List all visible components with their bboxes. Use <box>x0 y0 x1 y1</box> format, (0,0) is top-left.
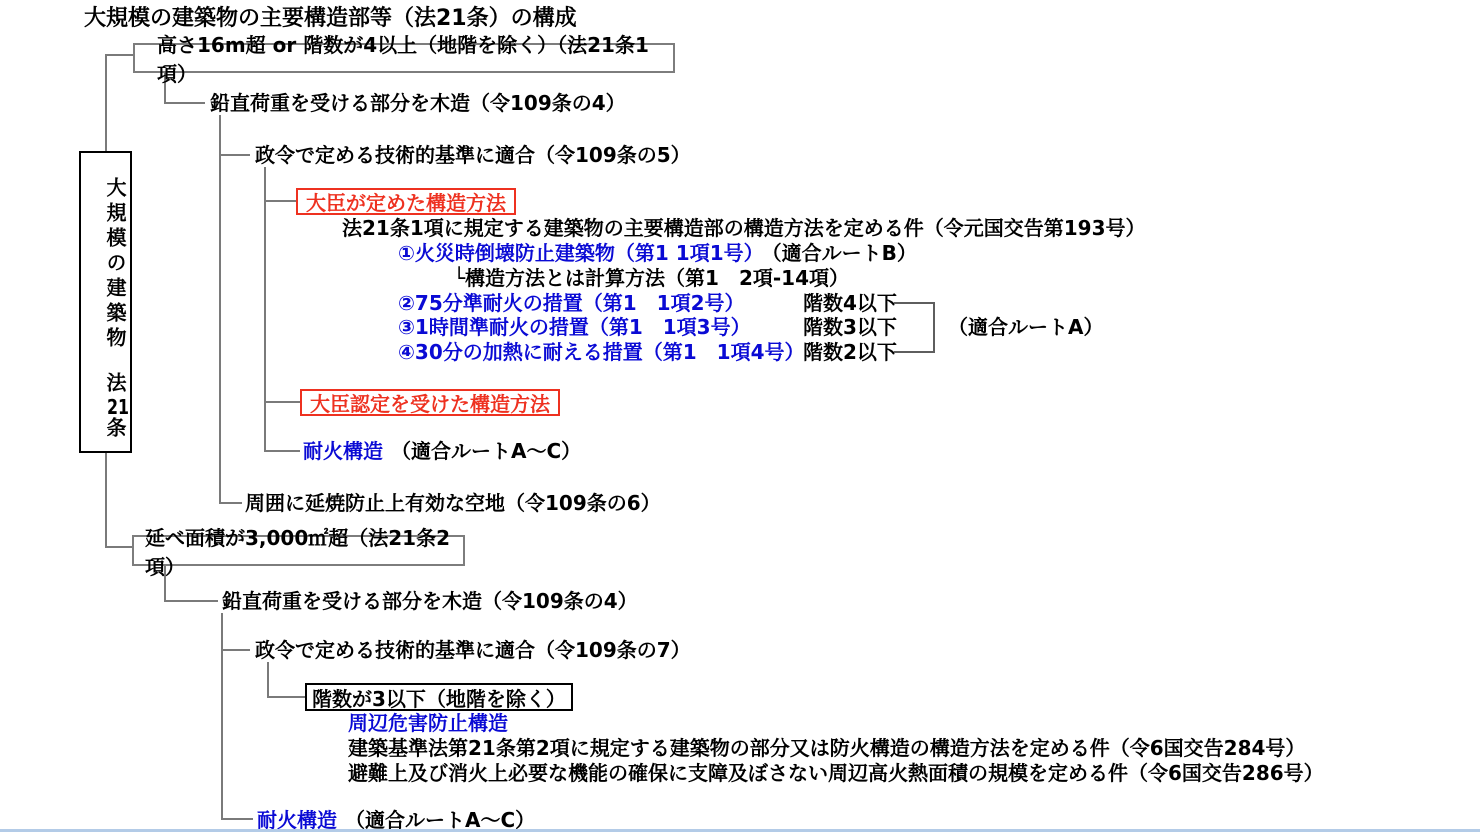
node-b1-tech: 政令で定める技術的基準に適合（令109条の5） <box>255 143 691 167</box>
tree-line-b2-h-fireproof <box>221 818 253 820</box>
node-item4-floors: 階数2以下 <box>803 340 897 364</box>
node-item3: ③1時間準耐火の措置（第1 1項3号） <box>398 315 751 339</box>
node-b1-open-space: 周囲に延焼防止上有効な空地（令109条の6） <box>245 491 661 515</box>
tree-line-b1-h-redbox2 <box>264 401 300 403</box>
root-node-law-post: 条 <box>81 417 130 442</box>
node-minister-defined-box: 大臣が定めた構造方法 <box>296 188 516 215</box>
tree-line-b2-h-floorsbox <box>267 696 305 698</box>
root-node-label: 大規模の建築物 <box>81 177 130 352</box>
tree-line-b2-h1 <box>164 600 218 602</box>
tree-line-spine-upper <box>105 55 107 151</box>
node-minister-defined-label: 大臣が定めた構造方法 <box>306 187 506 216</box>
node-item3-floors: 階数3以下 <box>803 315 897 339</box>
node-floors3-box: 階数が3以下（地階を除く） <box>305 683 573 711</box>
node-item2: ②75分準耐火の措置（第1 1項2号） <box>398 291 745 315</box>
route-a-bracket <box>894 302 935 353</box>
condition-box-height-label: 高さ16m超 or 階数が4以上（地階を除く）（法21条1項） <box>157 29 673 87</box>
tree-line-b1-h-openspace <box>219 502 242 504</box>
node-b2-tech: 政令で定める技術的基準に適合（令109条の7） <box>255 638 691 662</box>
node-b2-notification1: 建築基準法第21条第2項に規定する建築物の部分又は防火構造の構造方法を定める件（… <box>348 736 1305 760</box>
condition-box-height: 高さ16m超 or 階数が4以上（地階を除く）（法21条1項） <box>133 43 675 73</box>
tree-line-spine-lower <box>105 453 107 547</box>
node-b2-wood: 鉛直荷重を受ける部分を木造（令109条の4） <box>222 589 638 613</box>
root-node-law-num: 21 <box>81 397 130 417</box>
tree-line-b1-v3 <box>264 167 266 452</box>
tree-line-spine-to-box2 <box>105 546 132 548</box>
node-b1-fireproof: 耐火構造（適合ルートA〜C） <box>303 439 581 463</box>
tree-line-b1-h1 <box>164 102 205 104</box>
node-minister-cert-label: 大臣認定を受けた構造方法 <box>310 388 550 417</box>
tree-line-b1-h-redbox1 <box>264 200 296 202</box>
tree-line-b1-h-fireproof <box>264 450 300 452</box>
node-b2-notification2: 避難上及び消火上必要な機能の確保に支障及ぼさない周辺高火熱面積の規模を定める件（… <box>348 761 1324 785</box>
tree-line-b2-h2 <box>221 649 250 651</box>
tree-line-b2-v2 <box>221 613 223 820</box>
node-b1-fireproof-main: 耐火構造 <box>303 439 383 463</box>
tree-line-b2-v3 <box>267 662 269 698</box>
condition-box-area-label: 延べ面積が3,000㎡超（法21条2項） <box>145 522 463 580</box>
node-item1-route: （適合ルートB） <box>772 241 917 265</box>
node-minister-cert-box: 大臣認定を受けた構造方法 <box>300 389 560 416</box>
node-item1-main: ①火災時倒壊防止建築物（第1 1項1号） <box>398 241 764 265</box>
root-node-box: 大規模の建築物法21条 <box>79 151 132 453</box>
node-floors3-label: 階数が3以下（地階を除く） <box>312 683 566 712</box>
tree-line-spine-to-box1 <box>105 54 133 56</box>
condition-box-area: 延べ面積が3,000㎡超（法21条2項） <box>132 535 465 566</box>
node-item1-note: └構造方法とは計算方法（第1 2項-14項） <box>453 266 849 290</box>
tree-line-b1-h2 <box>219 154 250 156</box>
node-b1-wood: 鉛直荷重を受ける部分を木造（令109条の4） <box>210 91 626 115</box>
route-a-label: （適合ルートA） <box>948 315 1103 339</box>
node-item1: ①火災時倒壊防止建築物（第1 1項1号）（適合ルートB） <box>398 241 917 265</box>
node-item4: ④30分の加熱に耐える措置（第1 1項4号） <box>398 340 805 364</box>
node-b1-fireproof-route: （適合ルートA〜C） <box>391 439 581 463</box>
node-surrounding: 周辺危害防止構造 <box>348 711 508 735</box>
footer-rule <box>0 829 1480 832</box>
node-b1-notification: 法21条1項に規定する建築物の主要構造部の構造方法を定める件（令元国交告第193… <box>342 216 1146 240</box>
root-node-law-pre: 法 <box>81 372 130 397</box>
tree-line-b1-v2 <box>219 115 221 504</box>
node-item2-floors: 階数4以下 <box>803 291 897 315</box>
